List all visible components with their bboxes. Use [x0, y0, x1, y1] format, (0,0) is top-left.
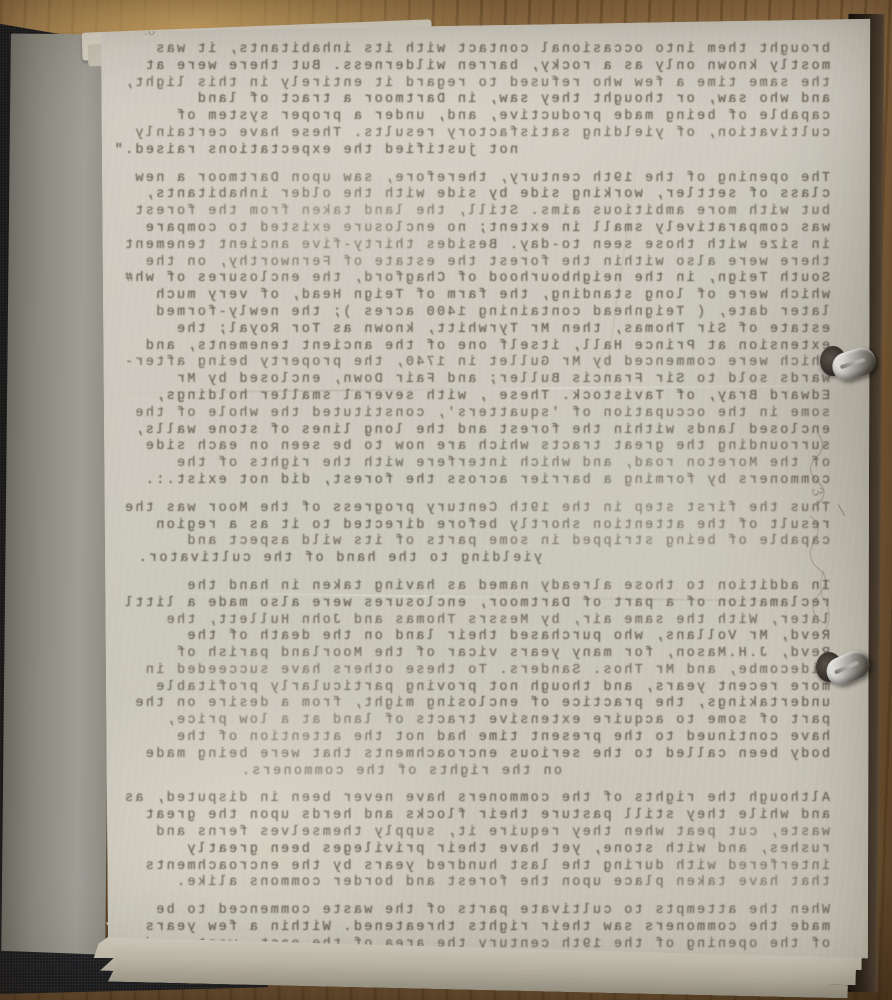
typed-paragraph: Although the rights of the commoners hav… [156, 791, 830, 892]
typed-line: the same time a few who refused to regar… [156, 76, 830, 93]
typed-line: Although the rights of the commoners hav… [156, 791, 830, 808]
typed-line: later date, ( Teignhead containing 1400 … [156, 305, 830, 322]
typed-line: and who saw, or thought they saw, in Dar… [156, 92, 830, 109]
typed-line: reclamation of a part of Dartmoor, enclo… [156, 596, 830, 613]
typed-line: which were of long standing, the farm of… [156, 288, 830, 305]
typed-line: in size with those seen to-day. Besides … [156, 238, 830, 255]
typed-line: on the rights of the commoners. [156, 764, 830, 781]
typed-line: which were commenced by Mr Gullet in 174… [156, 355, 830, 372]
document-page: brought them into occasional contact wit… [98, 16, 874, 962]
typed-line: later, With the same air, by Messrs Thom… [156, 613, 830, 630]
typed-line: The opening of the 19th century, therefo… [156, 171, 830, 188]
typed-line: brought them into occasional contact wit… [156, 42, 830, 59]
typed-line: South Teign, in the neighbourhood of Cha… [156, 271, 830, 288]
typed-line: capable of being made productive, and, u… [156, 109, 830, 126]
typed-line: extension at Prince Hall, itself one of … [156, 339, 830, 356]
typed-paragraph: In addition to those already named as ha… [156, 579, 830, 781]
typed-line: made the commoners saw their rights thre… [156, 920, 830, 937]
typed-paragraph: brought them into occasional contact wit… [156, 42, 830, 160]
typed-line: more recent years, and though not provin… [156, 680, 830, 697]
typed-line: Revd, Mr Vollans, who purchased their la… [156, 629, 830, 646]
mirrored-text-layer: brought them into occasional contact wit… [98, 16, 874, 962]
typed-line: Widecombe, and Mr Thos. Sanders. To thes… [156, 663, 830, 680]
typed-line: that have taken place upon the forest an… [156, 875, 830, 892]
typed-line: interfered with during the last hundred … [156, 859, 830, 876]
typed-line: surrounding the great tracts which are n… [156, 439, 830, 456]
typed-line: part of some to acquire extensive tracts… [156, 713, 830, 730]
typed-line: enclosed lands within the forest and the… [156, 423, 830, 440]
typed-line: and while they still pasture their flock… [156, 808, 830, 825]
typed-line: body been called to the serious encroach… [156, 747, 830, 764]
typed-line: was comparatively small in extent; no en… [156, 221, 830, 238]
typed-line: wards sold to Sir Francis Buller; and Fa… [156, 372, 830, 389]
typed-line: there were also within the forest the es… [156, 255, 830, 272]
typed-line: Revd, J.H.Mason, for many years vicar of… [156, 646, 830, 663]
typed-line: capable of being stripped in some parts … [156, 534, 830, 551]
tissue-interleaf-sheet [1, 33, 115, 962]
typed-line: some in the occupation of 'squatters', c… [156, 406, 830, 423]
typed-line: of the Moreton road, and which interfere… [156, 456, 830, 473]
typed-line: When the attempts to cultivate parts of … [156, 903, 830, 920]
typed-paragraph: The opening of the 19th century, therefo… [156, 171, 830, 490]
typed-line: In addition to those already named as ha… [156, 579, 830, 596]
typed-line: estate of Sir Thomas, then Mr Tyrwhitt, … [156, 322, 830, 339]
typed-line: rushes, and with stone, yet have their p… [156, 842, 830, 859]
typed-line: waste, cut peat when they require it, su… [156, 825, 830, 842]
typed-text-block: brought them into occasional contact wit… [156, 42, 830, 965]
typed-line: yielding to the hand of the cultivator. [156, 551, 830, 568]
typed-line: undertakings, the practice of enclosing … [156, 696, 830, 713]
typed-line: class of settler, working side by side w… [156, 187, 830, 204]
typed-line: mostly known only as a rocky, barren wil… [156, 59, 830, 76]
typed-line: not justified the expectations raised." [156, 143, 830, 160]
typed-line: have continued to the present time had n… [156, 730, 830, 747]
typed-line: but with more ambitious aims. Still, the… [156, 204, 830, 221]
typed-line: Edward Bray, of Tavistock. These , with … [156, 389, 830, 406]
typed-line: cultivation, of yielding satisfactory re… [156, 126, 830, 143]
typed-line: Thus the first step in the 19th Century … [156, 501, 830, 518]
typed-line: result of the attention shortly before d… [156, 518, 830, 535]
pencil-scrawl [788, 420, 840, 670]
typed-line: commoners by forming a barrier across th… [156, 473, 830, 490]
typed-paragraph: Thus the first step in the 19th Century … [156, 501, 830, 568]
